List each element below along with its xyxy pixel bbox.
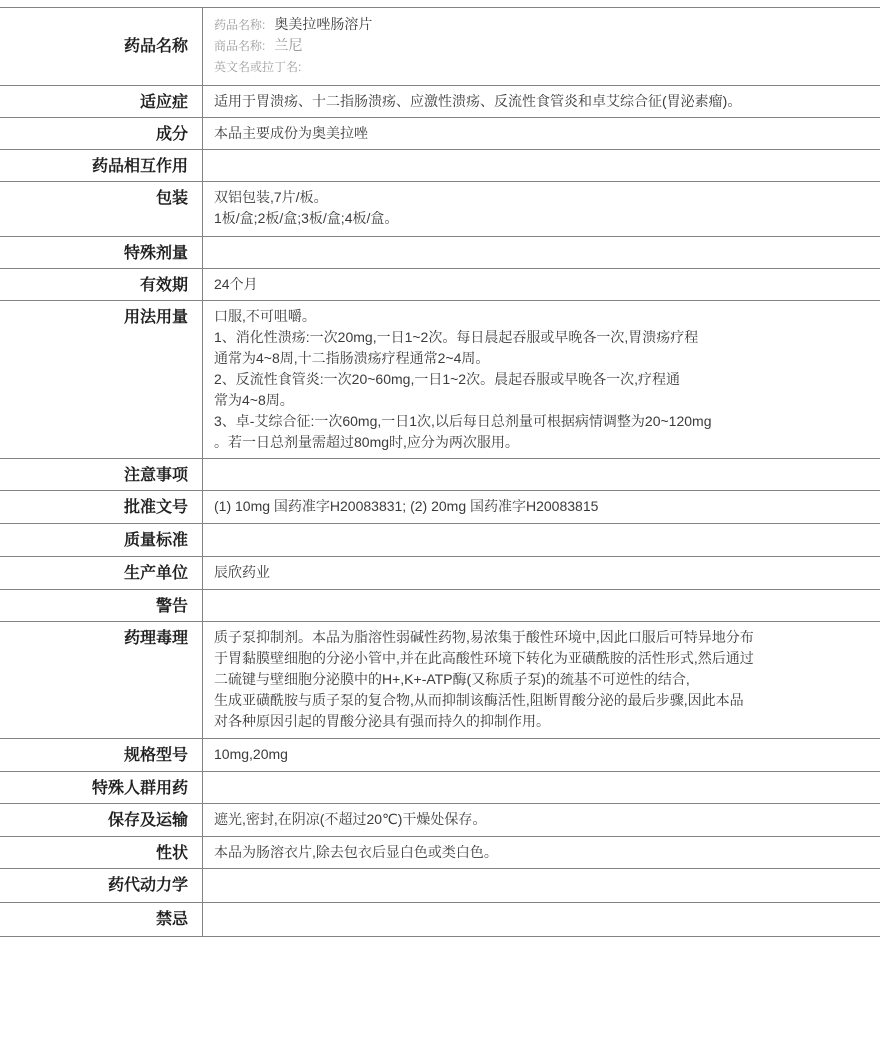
row-label: 批准文号 [0,491,203,523]
row-label: 适应症 [0,86,203,117]
row-value [203,524,880,556]
table-row-warning: 警告 [0,590,880,622]
row-value: 药品名称:奥美拉唑肠溶片 商品名称:兰尼 英文名或拉丁名: [203,8,880,85]
row-label: 禁忌 [0,903,203,936]
value-line: 常为4~8周。 [214,390,866,411]
row-value: 适用于胃溃疡、十二指肠溃疡、应激性溃疡、反流性食管炎和卓艾综合征(胃泌素瘤)。 [203,86,880,117]
value-line: 生成亚磺酰胺与质子泵的复合物,从而抑制该酶活性,阻断胃酸分泌的最后步骤,因此本品 [214,690,866,711]
row-label: 药理毒理 [0,622,203,738]
table-row-shelf-life: 有效期 24个月 [0,269,880,301]
row-value: 10mg,20mg [203,739,880,771]
table-row-drug-name: 药品名称 药品名称:奥美拉唑肠溶片 商品名称:兰尼 英文名或拉丁名: [0,8,880,86]
row-value [203,590,880,621]
table-row-manufacturer: 生产单位 辰欣药业 [0,557,880,590]
value-line: 辰欣药业 [214,562,866,583]
row-label: 保存及运输 [0,804,203,836]
table-row-quality-standard: 质量标准 [0,524,880,557]
value-line: 二硫键与壁细胞分泌膜中的H+,K+-ATP酶(又称质子泵)的巯基不可逆性的结合, [214,669,866,690]
value-line: 1板/盒;2板/盒;3板/盒;4板/盒。 [214,208,866,229]
row-value [203,772,880,803]
table-row-special-dosage: 特殊剂量 [0,237,880,269]
value-line: 商品名称:兰尼 [214,35,866,56]
row-label: 药品名称 [0,8,203,85]
value-line: 药品名称:奥美拉唑肠溶片 [214,14,866,35]
value-line: (1) 10mg 国药准字H20083831; (2) 20mg 国药准字H20… [214,496,866,517]
value-line: 双铝包装,7片/板。 [214,187,866,208]
row-label: 注意事项 [0,459,203,490]
table-row-contraindications: 禁忌 [0,903,880,937]
field-value-drug-name: 奥美拉唑肠溶片 [274,16,372,32]
row-label: 特殊人群用药 [0,772,203,803]
drug-info-table: 药品名称 药品名称:奥美拉唑肠溶片 商品名称:兰尼 英文名或拉丁名: 适应症 适… [0,7,880,937]
table-row-packaging: 包装 双铝包装,7片/板。 1板/盒;2板/盒;3板/盒;4板/盒。 [0,182,880,237]
table-row-pharmacology-toxicology: 药理毒理 质子泵抑制剂。本品为脂溶性弱碱性药物,易浓集于酸性环境中,因此口服后可… [0,622,880,739]
field-label-trade-name: 商品名称: [214,39,265,53]
row-label: 药代动力学 [0,869,203,902]
row-label: 特殊剂量 [0,237,203,268]
table-row-pharmacokinetics: 药代动力学 [0,869,880,903]
row-label: 性状 [0,837,203,868]
row-value [203,237,880,268]
value-line: 口服,不可咀嚼。 [214,306,866,327]
row-value [203,459,880,490]
value-line: 本品主要成份为奥美拉唑 [214,123,866,144]
row-value: 遮光,密封,在阴凉(不超过20℃)干燥处保存。 [203,804,880,836]
row-value: 口服,不可咀嚼。 1、消化性溃疡:一次20mg,一日1~2次。每日晨起吞服或早晚… [203,301,880,458]
value-line: 遮光,密封,在阴凉(不超过20℃)干燥处保存。 [214,809,866,830]
table-row-approval-number: 批准文号 (1) 10mg 国药准字H20083831; (2) 20mg 国药… [0,491,880,524]
value-line: 英文名或拉丁名: [214,56,866,77]
value-line: 于胃黏膜壁细胞的分泌小管中,并在此高酸性环境下转化为亚磺酰胺的活性形式,然后通过 [214,648,866,669]
row-label: 成分 [0,118,203,149]
table-row-indications: 适应症 适用于胃溃疡、十二指肠溃疡、应激性溃疡、反流性食管炎和卓艾综合征(胃泌素… [0,86,880,118]
row-value: 本品主要成份为奥美拉唑 [203,118,880,149]
row-value: 双铝包装,7片/板。 1板/盒;2板/盒;3板/盒;4板/盒。 [203,182,880,236]
value-line: 3、卓-艾综合征:一次60mg,一日1次,以后每日总剂量可根据病情调整为20~1… [214,411,866,432]
row-value [203,869,880,902]
table-row-description: 性状 本品为肠溶衣片,除去包衣后显白色或类白色。 [0,837,880,869]
row-label: 警告 [0,590,203,621]
drug-info-page: 药品名称 药品名称:奥美拉唑肠溶片 商品名称:兰尼 英文名或拉丁名: 适应症 适… [0,7,880,1057]
value-line: 2、反流性食管炎:一次20~60mg,一日1~2次。晨起吞服或早晚各一次,疗程通 [214,369,866,390]
table-row-dosage-administration: 用法用量 口服,不可咀嚼。 1、消化性溃疡:一次20mg,一日1~2次。每日晨起… [0,301,880,459]
value-line: 10mg,20mg [214,744,866,765]
table-row-storage-transport: 保存及运输 遮光,密封,在阴凉(不超过20℃)干燥处保存。 [0,804,880,837]
table-row-specification: 规格型号 10mg,20mg [0,739,880,772]
row-label: 药品相互作用 [0,150,203,181]
row-label: 生产单位 [0,557,203,589]
table-row-ingredients: 成分 本品主要成份为奥美拉唑 [0,118,880,150]
row-value: (1) 10mg 国药准字H20083831; (2) 20mg 国药准字H20… [203,491,880,523]
row-label: 用法用量 [0,301,203,458]
value-line: 对各种原因引起的胃酸分泌具有强而持久的抑制作用。 [214,711,866,732]
value-line: 1、消化性溃疡:一次20mg,一日1~2次。每日晨起吞服或早晚各一次,胃溃疡疗程 [214,327,866,348]
value-line: 适用于胃溃疡、十二指肠溃疡、应激性溃疡、反流性食管炎和卓艾综合征(胃泌素瘤)。 [214,91,866,112]
row-label: 规格型号 [0,739,203,771]
value-line: 通常为4~8周,十二指肠溃疡疗程通常2~4周。 [214,348,866,369]
row-value [203,903,880,936]
row-label: 包装 [0,182,203,236]
row-value: 本品为肠溶衣片,除去包衣后显白色或类白色。 [203,837,880,868]
table-row-special-populations: 特殊人群用药 [0,772,880,804]
value-line: 本品为肠溶衣片,除去包衣后显白色或类白色。 [214,842,866,863]
value-line: 24个月 [214,274,866,295]
field-label-drug-name: 药品名称: [214,18,265,32]
row-value: 24个月 [203,269,880,300]
table-row-precautions: 注意事项 [0,459,880,491]
value-line: 。若一日总剂量需超过80mg时,应分为两次服用。 [214,432,866,453]
table-row-drug-interactions: 药品相互作用 [0,150,880,182]
row-label: 质量标准 [0,524,203,556]
row-value: 辰欣药业 [203,557,880,589]
field-label-english-name: 英文名或拉丁名: [214,60,301,74]
row-value: 质子泵抑制剂。本品为脂溶性弱碱性药物,易浓集于酸性环境中,因此口服后可特异地分布… [203,622,880,738]
value-line: 质子泵抑制剂。本品为脂溶性弱碱性药物,易浓集于酸性环境中,因此口服后可特异地分布 [214,627,866,648]
row-value [203,150,880,181]
field-value-trade-name: 兰尼 [274,37,302,53]
row-label: 有效期 [0,269,203,300]
